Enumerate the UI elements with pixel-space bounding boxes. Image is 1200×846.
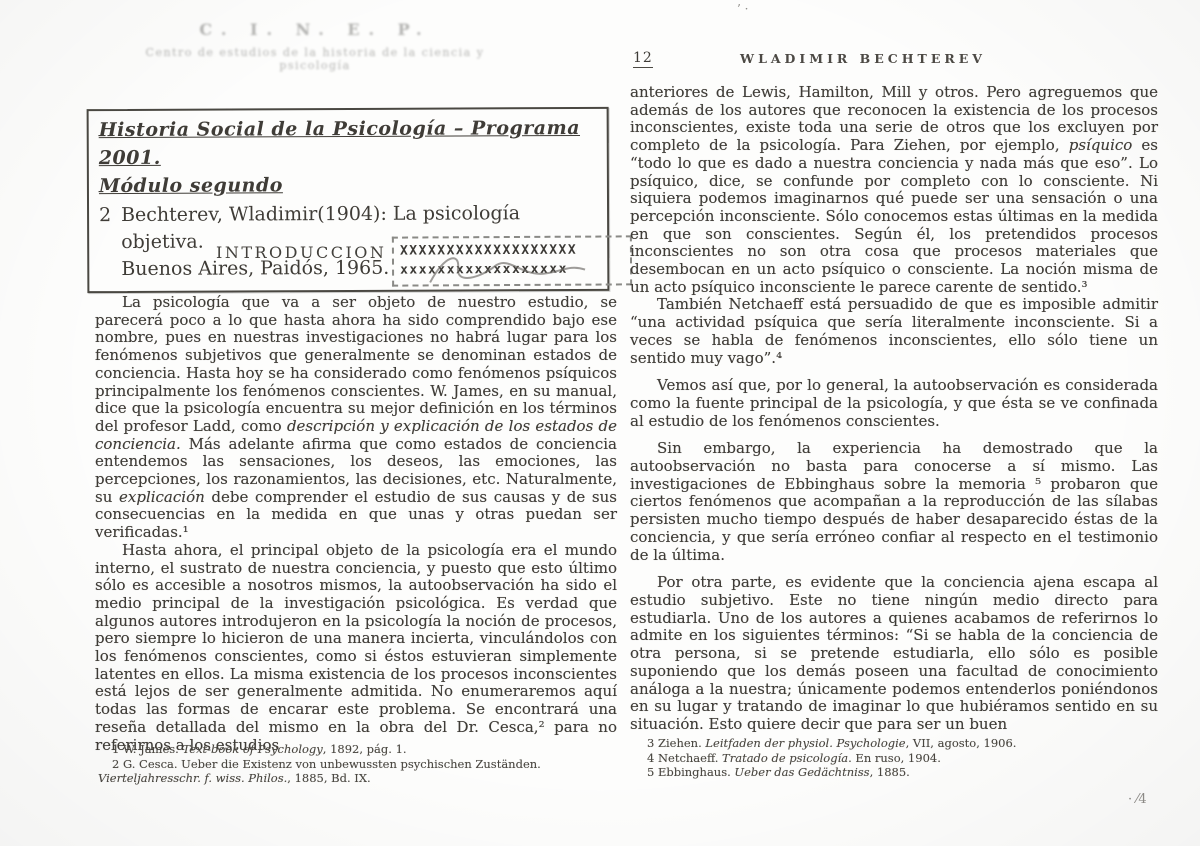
left-page-footnotes: 1 W. James. Text-book of Psychology, 189… [98, 742, 608, 786]
section-heading: INTRODUCCION [216, 243, 386, 262]
library-stamp: C. I. N. E. P. Centro de estudios de la … [130, 20, 500, 72]
course-title: Historia Social de la Psicología – Progr… [99, 114, 599, 172]
body-paragraph: Vemos así que, por lo general, la autoob… [630, 377, 1158, 430]
redacted-text-box: XXXXXXXXXXXXXXXXXXX xxxxxxxxxxxxxxxxxx [392, 235, 632, 286]
stray-mark: · ⁄4 [1128, 792, 1147, 807]
body-paragraph: Por otra parte, es evidente que la conci… [630, 574, 1158, 733]
illegible-stamp-line: Centro de estudios de la historia de la … [130, 46, 500, 72]
body-paragraph: Sin embargo, la experiencia ha demostrad… [630, 440, 1158, 564]
footnote: 3 Ziehen. Leitfaden der physiol. Psychol… [633, 736, 1153, 751]
right-page-body: anteriores de Lewis, Hamilton, Mill y ot… [630, 84, 1158, 734]
right-page-header: 12 WLADIMIR BECHTEREV [633, 50, 1153, 70]
redaction-row: XXXXXXXXXXXXXXXXXXX [400, 240, 624, 260]
footnote: 2 G. Cesca. Ueber die Existenz von unbew… [98, 757, 608, 786]
module-title: Módulo segundo [99, 170, 599, 200]
body-paragraph: La psicología que va a ser objeto de nue… [95, 294, 617, 542]
item-number: 2 [99, 202, 121, 283]
right-page-footnotes: 3 Ziehen. Leitfaden der physiol. Psychol… [633, 736, 1153, 780]
scanned-book-page: C. I. N. E. P. Centro de estudios de la … [0, 0, 1200, 846]
stamp-acronym: C. I. N. E. P. [130, 20, 500, 39]
redaction-row: xxxxxxxxxxxxxxxxxx [400, 259, 624, 279]
footnote: 5 Ebbinghaus. Ueber das Gedächtniss, 188… [633, 765, 1153, 780]
body-paragraph: anteriores de Lewis, Hamilton, Mill y ot… [630, 84, 1158, 296]
footnote: 1 W. James. Text-book of Psychology, 189… [98, 742, 608, 757]
left-page-body: La psicología que va a ser objeto de nue… [95, 294, 617, 754]
footnote: 4 Netchaeff. Tratado de psicología. En r… [633, 751, 1153, 766]
stray-mark: ’ · [737, 2, 748, 16]
running-head: WLADIMIR BECHTEREV [633, 51, 1093, 66]
body-paragraph: También Netchaeff está persuadido de que… [630, 296, 1158, 367]
body-paragraph: Hasta ahora, el principal objeto de la p… [95, 542, 617, 754]
